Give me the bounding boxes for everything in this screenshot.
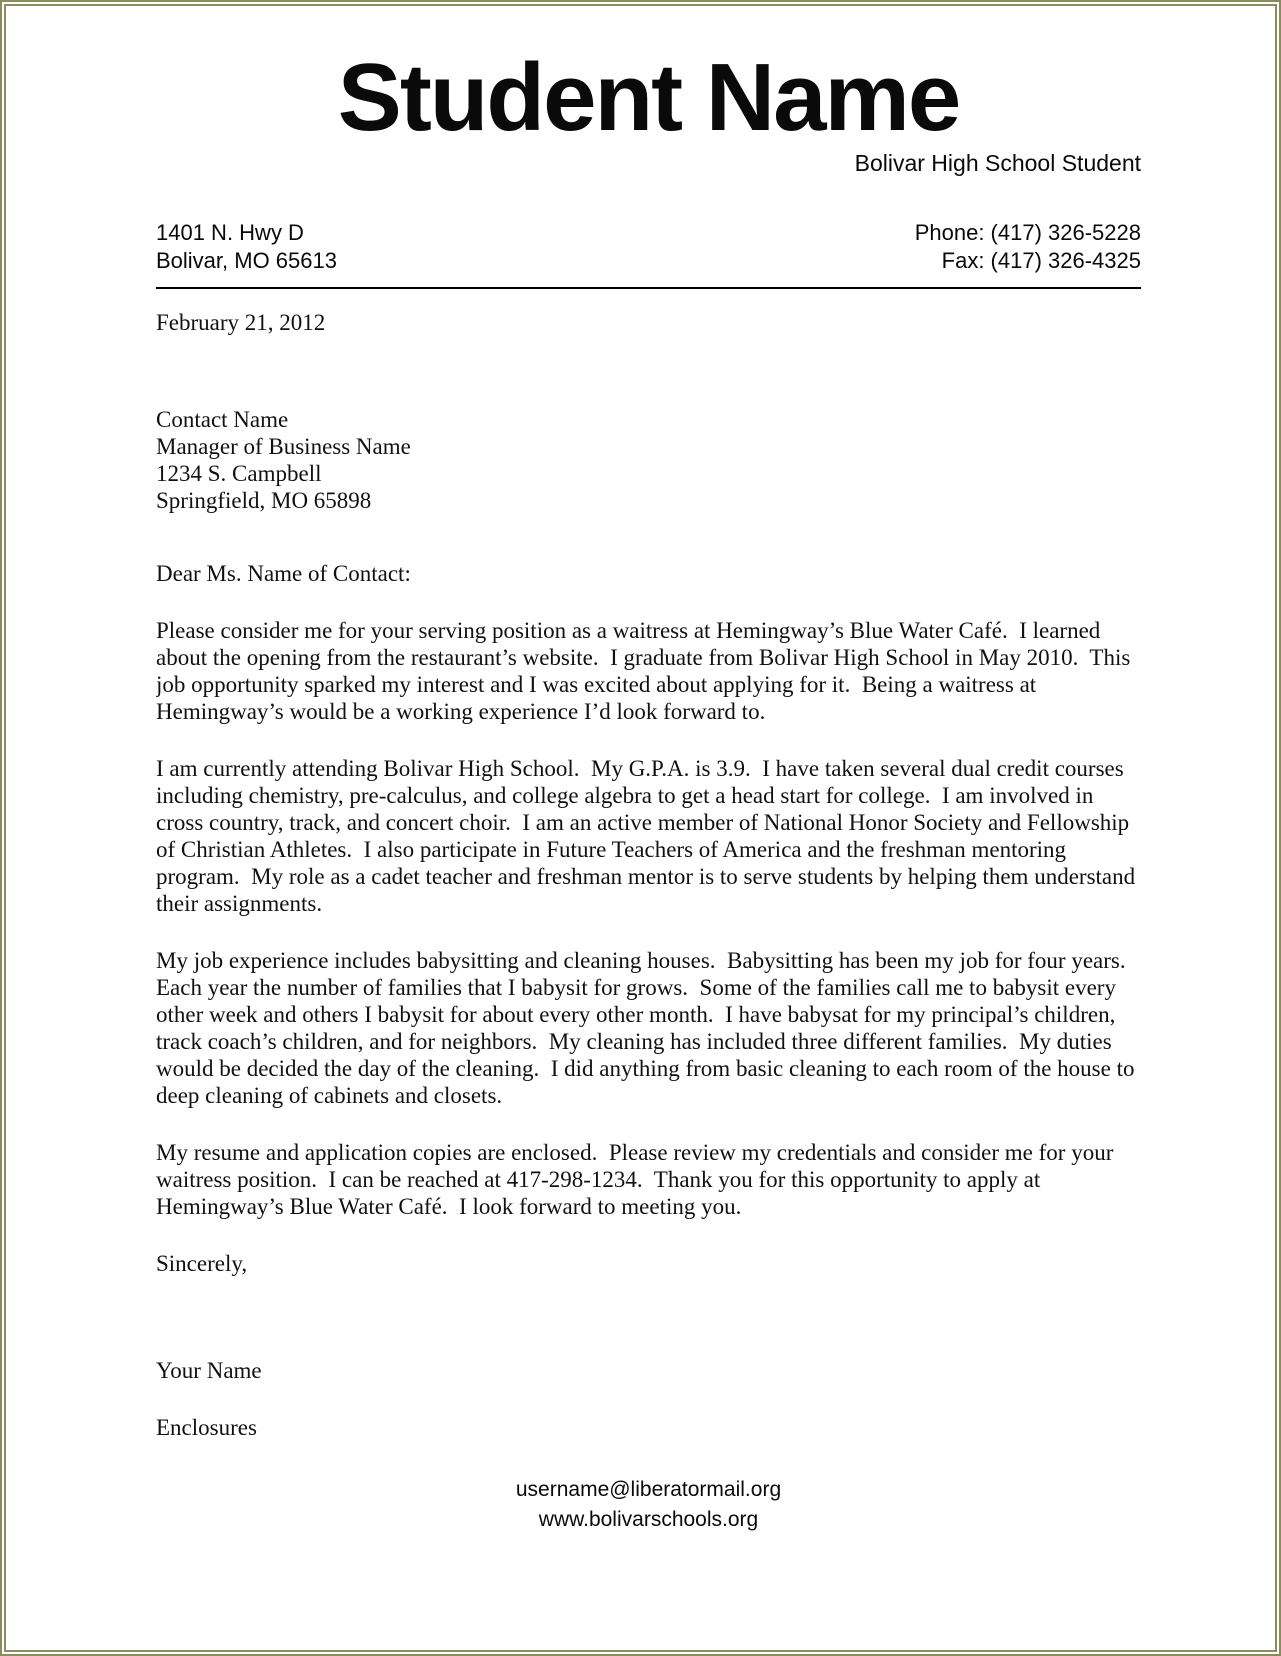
salutation: Dear Ms. Name of Contact: (156, 560, 1141, 587)
letter-content: Student Name Bolivar High School Student… (156, 6, 1141, 1535)
recipient-name: Contact Name (156, 406, 1141, 433)
signature-name: Your Name (156, 1357, 1141, 1384)
recipient-city: Springfield, MO 65898 (156, 487, 1141, 514)
body-paragraph-3: My job experience includes babysitting a… (156, 947, 1141, 1109)
phone-line: Phone: (417) 326-5228 (915, 219, 1141, 247)
header-subtitle: Bolivar High School Student (156, 150, 1141, 177)
recipient-title: Manager of Business Name (156, 433, 1141, 460)
page-title: Student Name (156, 50, 1141, 146)
body-paragraph-2: I am currently attending Bolivar High Sc… (156, 755, 1141, 917)
fax-line: Fax: (417) 326-4325 (915, 247, 1141, 275)
footer-email: username@liberatormail.org (156, 1475, 1141, 1505)
sender-phone-block: Phone: (417) 326-5228 Fax: (417) 326-432… (915, 219, 1141, 275)
body-paragraph-4: My resume and application copies are enc… (156, 1139, 1141, 1220)
recipient-street: 1234 S. Campbell (156, 460, 1141, 487)
sender-address-line-1: 1401 N. Hwy D (156, 219, 337, 247)
sender-address-block: 1401 N. Hwy D Bolivar, MO 65613 (156, 219, 337, 275)
letterhead-contact-bar: 1401 N. Hwy D Bolivar, MO 65613 Phone: (… (156, 219, 1141, 289)
page-footer: username@liberatormail.org www.bolivarsc… (156, 1475, 1141, 1535)
sender-address-line-2: Bolivar, MO 65613 (156, 247, 337, 275)
body-paragraph-1: Please consider me for your serving posi… (156, 617, 1141, 725)
letter-page: Student Name Bolivar High School Student… (0, 0, 1281, 1656)
footer-website: www.bolivarschools.org (156, 1505, 1141, 1535)
closing: Sincerely, (156, 1250, 1141, 1277)
recipient-block: Contact Name Manager of Business Name 12… (156, 406, 1141, 514)
date-line: February 21, 2012 (156, 309, 1141, 336)
enclosures-label: Enclosures (156, 1414, 1141, 1441)
